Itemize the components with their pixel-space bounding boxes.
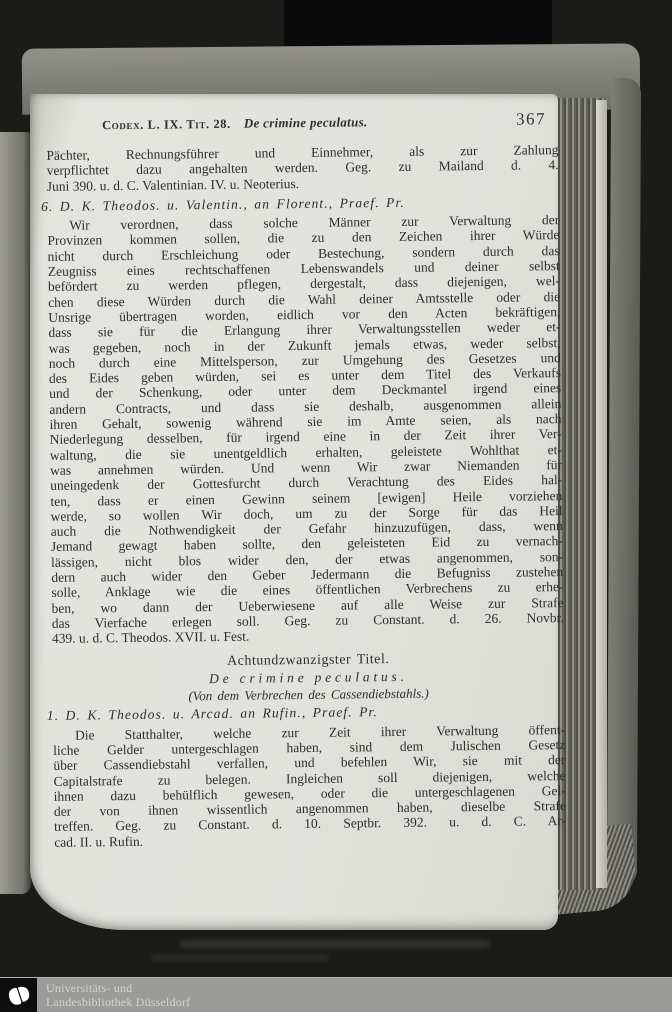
ink-bleed [180, 940, 490, 948]
library-name: Universitäts- und Landesbibliothek Düsse… [37, 978, 190, 1012]
page-text-block: Codex. L. IX. Tit. 28. De crimine pecula… [46, 109, 566, 855]
scanned-book-page-view: { "scan": { "header": { "running_title":… [0, 0, 672, 1012]
open-book-icon [6, 982, 32, 1008]
book-cover-right-edge [607, 78, 641, 888]
text-line: (Von dem Verbrechen des Cassendiebstahls… [53, 684, 565, 705]
library-name-line1: Universitäts- und [46, 981, 190, 995]
paragraph-continuation: Pächter, Rechnungsführer und Einnehmer, … [46, 142, 558, 194]
text-line: 1. D. K. Theodos. u. Arcad. an Rufin., P… [47, 702, 565, 723]
book-fore-edge-highlight [596, 100, 607, 888]
facing-page-sliver [0, 132, 31, 894]
ink-bleed [150, 954, 330, 961]
title28-translation: (Von dem Verbrechen des Cassendiebstahls… [53, 684, 565, 705]
page-number: 367 [516, 109, 546, 129]
text-line: 6. D. K. Theodos. u. Valentin., an Flore… [41, 193, 559, 214]
library-logo [0, 978, 37, 1012]
law1-heading: 1. D. K. Theodos. u. Arcad. an Rufin., P… [47, 702, 565, 723]
running-title-latin: De crimine peculatus. [244, 114, 368, 131]
law6-body: Wir verordnen, dass solche Männer zur Ve… [47, 212, 564, 646]
law6-heading: 6. D. K. Theodos. u. Valentin., an Flore… [41, 193, 559, 214]
law1-body: Die Statthalter, welche zur Zeit ihrer V… [53, 722, 566, 850]
library-name-line2: Landesbibliothek Düsseldorf [46, 995, 190, 1009]
scanner-backdrop [284, 0, 552, 46]
library-footer-bar: Universitäts- und Landesbibliothek Düsse… [0, 977, 672, 1012]
running-title: Codex. L. IX. Tit. 28. [102, 117, 231, 133]
